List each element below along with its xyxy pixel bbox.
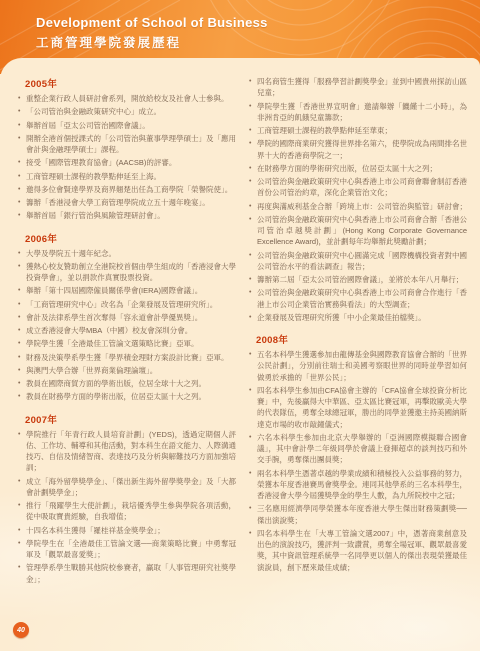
bullet-marker: • xyxy=(249,250,257,261)
bullet-marker: • xyxy=(18,562,26,573)
bullet-text: 在財務學方面的學術研究出版，位居亞太區十大之列； xyxy=(257,163,467,174)
bullet-marker: • xyxy=(18,157,26,168)
bullet-marker: • xyxy=(18,285,26,296)
bullet-text: 學院學生獲「全港最佳工管論文選策略比賽」亞軍。 xyxy=(26,338,236,349)
bullet-item: •學院的國際商業研究獲得世界排名第六，使學院成為兩間排名世界十大的香港商學院之一… xyxy=(249,138,467,161)
bullet-item: •公司管治與金融政策研究中心與香港上市公司商會聯會制訂香港首份公司管治約章，深化… xyxy=(249,176,467,199)
bullet-item: •推行「飛躍學生大使計劃」，栽培優秀學生參與學院各項活動，從中吸取寶貴經驗，自我… xyxy=(18,500,236,523)
bullet-marker: • xyxy=(18,525,26,536)
bullet-marker: • xyxy=(249,385,257,396)
year-heading-2008: 2008年 xyxy=(256,332,467,346)
bullet-item: •學院推行「年青行政人員培育計劃」(YEDS)，透過定期個人評估、工作坊、輔導和… xyxy=(18,429,236,474)
bullet-text: 六名本科學生參加由北京大學舉辦的「亞洲國際模擬聯合國會議」，其中會計學二年級同學… xyxy=(257,432,467,466)
content-sheet: 2005年•重整企業行政人員研討會系列，開放給校友及社會人士參與。•「公司管治與… xyxy=(0,58,480,651)
bullet-item: •籌辦「香港浸會大學工商管理學院成立五十週年晚宴」。 xyxy=(18,197,236,208)
bullet-text: 開辦全港首個授課式的「公司管治與董事學理學碩士」及「應用會計與金融理學碩士」課程… xyxy=(26,133,236,156)
bullet-marker: • xyxy=(18,197,26,208)
bullet-marker: • xyxy=(249,163,257,174)
bullet-item: •籌辦第二屆「亞太公司管治國際會議」，並將於本年八月舉行； xyxy=(249,274,467,285)
bullet-text: 工商管理碩士課程的教學點伸延至上海。 xyxy=(26,171,236,182)
bullet-marker: • xyxy=(249,125,257,136)
bullet-text: 籌辦「香港浸會大學工商管理學院成立五十週年晚宴」。 xyxy=(26,197,236,208)
bullet-marker: • xyxy=(249,176,257,187)
bullet-item: •教員在國際商貿方面的學術出版，位居全球十大之列。 xyxy=(18,378,236,389)
bullet-item: •管理學系學生戰勝其他院校參賽者，贏取「人事管理研究社獎學金」； xyxy=(18,562,236,585)
bullet-item: •公司管治與金融政策研究中心圓滿完成「國際機構投資者對中國公司管治水平的看法調查… xyxy=(249,250,467,273)
bullet-item: •舉辦「第十四屆國際僱員關係學會(IERA)國際會議」。 xyxy=(18,285,236,296)
bullet-text: 學院的國際商業研究獲得世界排名第六，使學院成為兩間排名世界十大的香港商學院之一； xyxy=(257,138,467,161)
bullet-marker: • xyxy=(18,120,26,131)
bullet-text: 再度與滿威利基金合辦「跨境上市：公司管治與監管」研討會； xyxy=(257,201,467,212)
bullet-item: •學院學生獲「全港最佳工管論文選策略比賽」亞軍。 xyxy=(18,338,236,349)
bullet-marker: • xyxy=(18,429,26,440)
bullet-text: 籌辦第二屆「亞太公司管治國際會議」，並將於本年八月舉行； xyxy=(257,274,467,285)
bullet-item: •教員在財務學方面的學術出版，位居亞太區十大之列。 xyxy=(18,391,236,402)
bullet-text: 接受「國際管理教育協會」(AACSB)的評審。 xyxy=(26,157,236,168)
bullet-text: 舉辦「第十四屆國際僱員關係學會(IERA)國際會議」。 xyxy=(26,285,236,296)
bullet-item: •舉辦首屆「銀行管治與風險管理研討會」。 xyxy=(18,210,236,221)
bullet-item: •兩名本科學生憑著卓越的學業成績和積極投入公益事務的努力，榮獲本年度香港賽馬會獎… xyxy=(249,468,467,502)
bullet-item: •舉辦首屆「亞太公司管治國際會議」。 xyxy=(18,120,236,131)
bullet-text: 學院學生獲「香港世界宣明會」邀請舉辦「饑饉十二小時」，為非洲肯亞的飢餓兒童籌款； xyxy=(257,101,467,124)
bullet-item: •成立香港浸會大學MBA（中國）校友會深圳分會。 xyxy=(18,325,236,336)
bullet-text: 公司管治與金融政策研究中心圓滿完成「國際機構投資者對中國公司管治水平的看法調查」… xyxy=(257,250,467,273)
bullet-marker: • xyxy=(249,101,257,112)
bullet-marker: • xyxy=(18,299,26,310)
bullet-text: 三名應用經濟學同學榮獲本年度香港大學生傑出財務策劃獎──傑出演說獎； xyxy=(257,503,467,526)
bullet-marker: • xyxy=(18,93,26,104)
bullet-marker: • xyxy=(249,468,257,479)
bullet-item: •四名本科學生參加由CFA協會主辦的「CFA協會全球投資分析比賽」中，先後贏得大… xyxy=(249,385,467,430)
year-heading-2006: 2006年 xyxy=(25,231,236,245)
bullet-text: 學院學生在「全港最佳工管論文選──商業策略比賽」中勇奪冠軍及「觀眾最喜愛獎」； xyxy=(26,538,236,561)
bullet-marker: • xyxy=(249,312,257,323)
page-number-badge: 40 xyxy=(13,622,29,638)
bullet-marker: • xyxy=(18,248,26,259)
bullet-text: 推行「飛躍學生大使計劃」，栽培優秀學生參與學院各項活動，從中吸取寶貴經驗，自我增… xyxy=(26,500,236,523)
bullet-item: •與澳門大學合辦「世界商業倫理論壇」。 xyxy=(18,365,236,376)
bullet-marker: • xyxy=(18,338,26,349)
bullet-marker: • xyxy=(18,365,26,376)
bullet-marker: • xyxy=(249,214,257,225)
bullet-text: 學院推行「年青行政人員培育計劃」(YEDS)，透過定期個人評估、工作坊、輔導和其… xyxy=(26,429,236,474)
bullet-text: 企業發展及管理研究所獲「中小企業最佳拍檔獎」。 xyxy=(257,312,467,323)
bullet-item: •財務及決策學系學生獲「學界積金理財方案設計比賽」亞軍。 xyxy=(18,352,236,363)
bullet-text: 「公司管治與金融政策研究中心」成立。 xyxy=(26,106,236,117)
bullet-marker: • xyxy=(249,432,257,443)
year-heading-2005: 2005年 xyxy=(25,76,236,90)
bullet-marker: • xyxy=(18,312,26,323)
bullet-text: 成立香港浸會大學MBA（中國）校友會深圳分會。 xyxy=(26,325,236,336)
bullet-marker: • xyxy=(18,500,26,511)
bullet-item: •十四名本科生獲得「羅桂祥基金獎學金」； xyxy=(18,525,236,536)
bullet-text: 舉辦首屆「銀行管治與風險管理研討會」。 xyxy=(26,210,236,221)
bullet-marker: • xyxy=(249,138,257,149)
bullet-text: 公司管治與金融政策研究中心與香港上市公司商會合辦「香港公司管治卓越獎計劃」(Ho… xyxy=(257,214,467,248)
bullet-item: •獲熱心校友贊助創立全港院校首個由學生組成的「香港浸會大學投資學會」，並以捐款作… xyxy=(18,261,236,284)
bullet-item: •「工商管理研究中心」改名為「企業發展及管理研究所」。 xyxy=(18,299,236,310)
bullet-item: •公司管治與金融政策研究中心與香港上市公司商會合作進行「香港上市公司企業管治實務… xyxy=(249,287,467,310)
bullet-item: •公司管治與金融政策研究中心與香港上市公司商會合辦「香港公司管治卓越獎計劃」(H… xyxy=(249,214,467,248)
bullet-text: 五名本科學生獲選參加由龍傳基金與國際教育協會合辦的「世界公民計劃」，分別前往瑞士… xyxy=(257,349,467,383)
bullet-marker: • xyxy=(18,133,26,144)
bullet-item: •工商管理碩士課程的教學點伸延至上海。 xyxy=(18,171,236,182)
bullet-item: •重整企業行政人員研討會系列，開放給校友及社會人士參與。 xyxy=(18,93,236,104)
bullet-marker: • xyxy=(18,261,26,272)
bullet-item: •再度與滿威利基金合辦「跨境上市：公司管治與監管」研討會； xyxy=(249,201,467,212)
bullet-marker: • xyxy=(18,352,26,363)
bullet-item: •四名本科學生在「大專工管論文選2007」中，憑著商業創意及出色的演說技巧，獲評… xyxy=(249,528,467,573)
bullet-text: 與澳門大學合辦「世界商業倫理論壇」。 xyxy=(26,365,236,376)
bullet-marker: • xyxy=(18,391,26,402)
bullet-item: •企業發展及管理研究所獲「中小企業最佳拍檔獎」。 xyxy=(249,312,467,323)
bullet-text: 兩名本科學生憑著卓越的學業成績和積極投入公益事務的努力，榮獲本年度香港賽馬會獎學… xyxy=(257,468,467,502)
bullet-text: 四名商管生獲得「服務學習計劃獎學金」並到中國貴州探訪山區兒童； xyxy=(257,76,467,99)
bullet-text: 會計及法律系學生首次奪得「容永道會計學優異獎」。 xyxy=(26,312,236,323)
bullet-text: 十四名本科生獲得「羅桂祥基金獎學金」； xyxy=(26,525,236,536)
bullet-marker: • xyxy=(249,528,257,539)
bullet-text: 重整企業行政人員研討會系列，開放給校友及社會人士參與。 xyxy=(26,93,236,104)
bullet-text: 「工商管理研究中心」改名為「企業發展及管理研究所」。 xyxy=(26,299,236,310)
bullet-item: •六名本科學生參加由北京大學舉辦的「亞洲國際模擬聯合國會議」，其中會計學二年級同… xyxy=(249,432,467,466)
bullet-text: 工商管理碩士課程的教學點伸延至華東； xyxy=(257,125,467,136)
right-column: •四名商管生獲得「服務學習計劃獎學金」並到中國貴州探訪山區兒童；•學院學生獲「香… xyxy=(249,60,467,587)
bullet-marker: • xyxy=(249,201,257,212)
bullet-text: 財務及決策學系學生獲「學界積金理財方案設計比賽」亞軍。 xyxy=(26,352,236,363)
bullet-marker: • xyxy=(18,106,26,117)
bullet-item: •「公司管治與金融政策研究中心」成立。 xyxy=(18,106,236,117)
page-title-chinese: 工商管理學院發展歷程 xyxy=(36,33,181,51)
left-column: 2005年•重整企業行政人員研討會系列，開放給校友及社會人士參與。•「公司管治與… xyxy=(18,60,236,587)
bullet-item: •四名商管生獲得「服務學習計劃獎學金」並到中國貴州探訪山區兒童； xyxy=(249,76,467,99)
bullet-text: 邀得多位會賢達學界及商界翹楚出任為工商學院「榮譽院使」。 xyxy=(26,184,236,195)
page-title-english: Development of School of Business xyxy=(36,15,268,30)
bullet-item: •接受「國際管理教育協會」(AACSB)的評審。 xyxy=(18,157,236,168)
bullet-marker: • xyxy=(18,171,26,182)
bullet-marker: • xyxy=(18,325,26,336)
year-heading-2007: 2007年 xyxy=(25,412,236,426)
bullet-marker: • xyxy=(249,76,257,87)
bullet-marker: • xyxy=(18,538,26,549)
bullet-text: 四名本科學生參加由CFA協會主辦的「CFA協會全球投資分析比賽」中，先後贏得大中… xyxy=(257,385,467,430)
two-column-layout: 2005年•重整企業行政人員研討會系列，開放給校友及社會人士參與。•「公司管治與… xyxy=(0,58,480,587)
bullet-text: 公司管治與金融政策研究中心與香港上市公司商會合作進行「香港上市公司企業管治實務與… xyxy=(257,287,467,310)
bullet-item: •三名應用經濟學同學榮獲本年度香港大學生傑出財務策劃獎──傑出演說獎； xyxy=(249,503,467,526)
bullet-text: 教員在財務學方面的學術出版，位居亞太區十大之列。 xyxy=(26,391,236,402)
bullet-item: •學院學生在「全港最佳工管論文選──商業策略比賽」中勇奪冠軍及「觀眾最喜愛獎」； xyxy=(18,538,236,561)
bullet-item: •在財務學方面的學術研究出版，位居亞太區十大之列； xyxy=(249,163,467,174)
bullet-marker: • xyxy=(249,274,257,285)
bullet-text: 獲熱心校友贊助創立全港院校首個由學生組成的「香港浸會大學投資學會」，並以捐款作真… xyxy=(26,261,236,284)
bullet-text: 公司管治與金融政策研究中心與香港上市公司商會聯會制訂香港首份公司管治約章，深化企… xyxy=(257,176,467,199)
bullet-text: 舉辦首屆「亞太公司管治國際會議」。 xyxy=(26,120,236,131)
bullet-marker: • xyxy=(249,349,257,360)
bullet-marker: • xyxy=(18,210,26,221)
bullet-text: 大學及學院五十週年紀念。 xyxy=(26,248,236,259)
bullet-text: 四名本科學生在「大專工管論文選2007」中，憑著商業創意及出色的演說技巧，獲評判… xyxy=(257,528,467,573)
bullet-text: 管理學系學生戰勝其他院校參賽者，贏取「人事管理研究社獎學金」； xyxy=(26,562,236,585)
bullet-marker: • xyxy=(18,476,26,487)
bullet-marker: • xyxy=(18,184,26,195)
bullet-item: •大學及學院五十週年紀念。 xyxy=(18,248,236,259)
bullet-marker: • xyxy=(249,503,257,514)
bullet-marker: • xyxy=(249,287,257,298)
bullet-item: •開辦全港首個授課式的「公司管治與董事學理學碩士」及「應用會計與金融理學碩士」課… xyxy=(18,133,236,156)
bullet-item: •學院學生獲「香港世界宣明會」邀請舉辦「饑饉十二小時」，為非洲肯亞的飢餓兒童籌款… xyxy=(249,101,467,124)
bullet-item: •會計及法律系學生首次奪得「容永道會計學優異獎」。 xyxy=(18,312,236,323)
bullet-marker: • xyxy=(18,378,26,389)
bullet-item: •工商管理碩士課程的教學點伸延至華東； xyxy=(249,125,467,136)
bullet-item: •邀得多位會賢達學界及商界翹楚出任為工商學院「榮譽院使」。 xyxy=(18,184,236,195)
bullet-item: •五名本科學生獲選參加由龍傳基金與國際教育協會合辦的「世界公民計劃」，分別前往瑞… xyxy=(249,349,467,383)
bullet-text: 成立「海外留學獎學金」、「傑出新生海外留學獎學金」及「大都會計劃獎學金」； xyxy=(26,476,236,499)
bullet-item: •成立「海外留學獎學金」、「傑出新生海外留學獎學金」及「大都會計劃獎學金」； xyxy=(18,476,236,499)
bullet-text: 教員在國際商貿方面的學術出版，位居全球十大之列。 xyxy=(26,378,236,389)
